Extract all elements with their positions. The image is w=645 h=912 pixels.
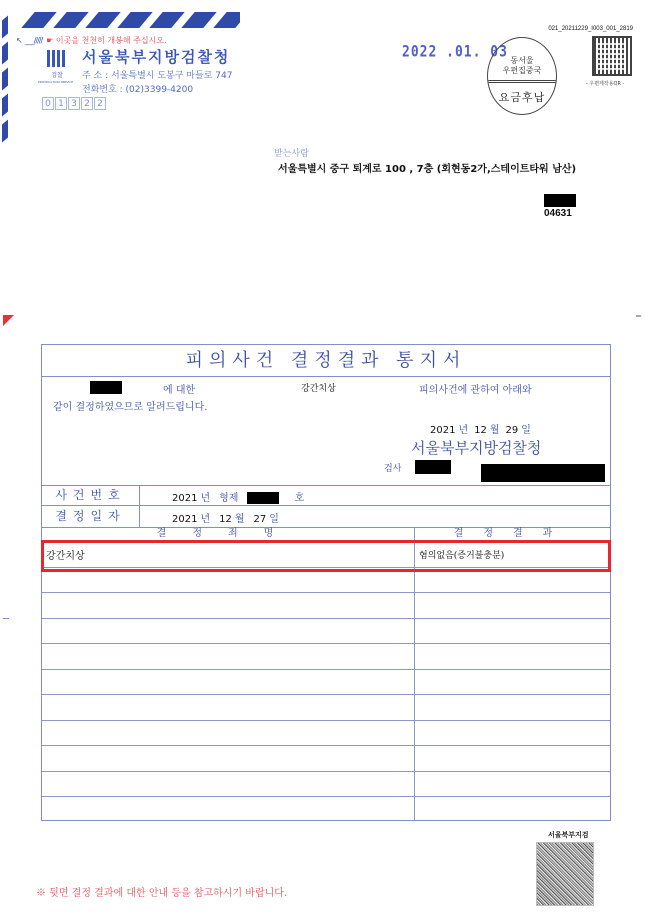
intro-line: 에 대한 강간치상 피의사건에 관하여 아래와 (42, 381, 610, 397)
redacted-prosecutor-seal (481, 464, 605, 482)
redacted-suspect-name (90, 381, 122, 394)
logo-text: 검찰 (44, 72, 70, 79)
logo-subtext: PROSECUTION SERVICE (38, 80, 73, 84)
qr-caption: - 우편제작용QR - (586, 80, 624, 87)
table-row (42, 745, 610, 770)
redacted-recipient-name (544, 194, 576, 207)
table-row (42, 592, 610, 617)
decision-notice-form: 피의사건 결정결과 통지서 에 대한 강간치상 피의사건에 관하여 아래와 같이… (41, 344, 611, 821)
table-row (42, 618, 610, 643)
form-title: 피의사건 결정결과 통지서 (42, 345, 610, 377)
sender-postcode: 0 1 3 2 2 (42, 97, 106, 110)
results-table-header: 결정죄명 결정결과 (42, 527, 610, 541)
qr-label: 서울북부지검 (548, 830, 589, 840)
airmail-stripe-left (0, 14, 10, 154)
highlight-box (41, 540, 611, 572)
recipient-zip: 04631 (544, 208, 572, 219)
hatch-icon: ___///// (25, 36, 42, 45)
intro-line-2: 같이 결정하였으므로 알려드립니다. (53, 398, 207, 413)
postal-qr-code-icon (592, 36, 632, 76)
document-qr-code-icon (536, 842, 594, 906)
document-id: 021_20211229_I003_001_2819 (548, 26, 633, 32)
table-row (42, 771, 610, 796)
header-result: 결정결과 (415, 528, 611, 540)
arrow-icon: ↖ (16, 36, 23, 45)
crime-name: 강간치상 (301, 381, 336, 394)
pointing-hand-icon: ☛ (46, 36, 56, 45)
airmail-stripe-top (20, 12, 240, 28)
table-row (42, 720, 610, 745)
redacted-case-number (247, 492, 279, 504)
decision-date-row: 결정일자 2021년12월27일 (42, 505, 610, 527)
prosecution-logo-icon (47, 50, 65, 67)
sender-phone: 전화번호 : (02)3399-4200 (82, 82, 193, 95)
issue-date: 2021년12월29일 (430, 421, 537, 436)
postmark-stamp: 동서울 우편집중국 요금후납 (487, 37, 557, 115)
issuer-name: 서울북부지방검찰청 (411, 437, 541, 458)
recipient-label: 받는사람 (274, 146, 309, 159)
table-row (42, 669, 610, 694)
fold-mark-icon (3, 315, 14, 326)
recipient-address: 서울특별시 중구 퇴계로 100 , 7층 (회현동2가,스테이트타워 남산) (278, 162, 598, 177)
redacted-prosecutor-name (415, 460, 451, 474)
footer-note: ※ 뒷면 결정 결과에 대한 안내 등을 참고하시기 바랍니다. (36, 884, 287, 899)
prosecutor-label: 검사 (384, 461, 401, 474)
table-row (42, 796, 610, 821)
fold-mark-right (636, 315, 641, 317)
side-mark (3, 618, 9, 619)
sender-name: 서울북부지방검찰청 (82, 46, 230, 67)
sender-address: 주 소 : 서울특별시 도봉구 마들로 747 (82, 68, 232, 81)
open-here-notice: ↖___/////☛ 이곳을 천천히 개봉해 주십시오. (16, 35, 167, 46)
table-row (42, 694, 610, 719)
table-row (42, 643, 610, 668)
header-charge: 결정죄명 (42, 528, 414, 540)
case-number-row: 사건번호 2021년형제호 (42, 485, 610, 505)
